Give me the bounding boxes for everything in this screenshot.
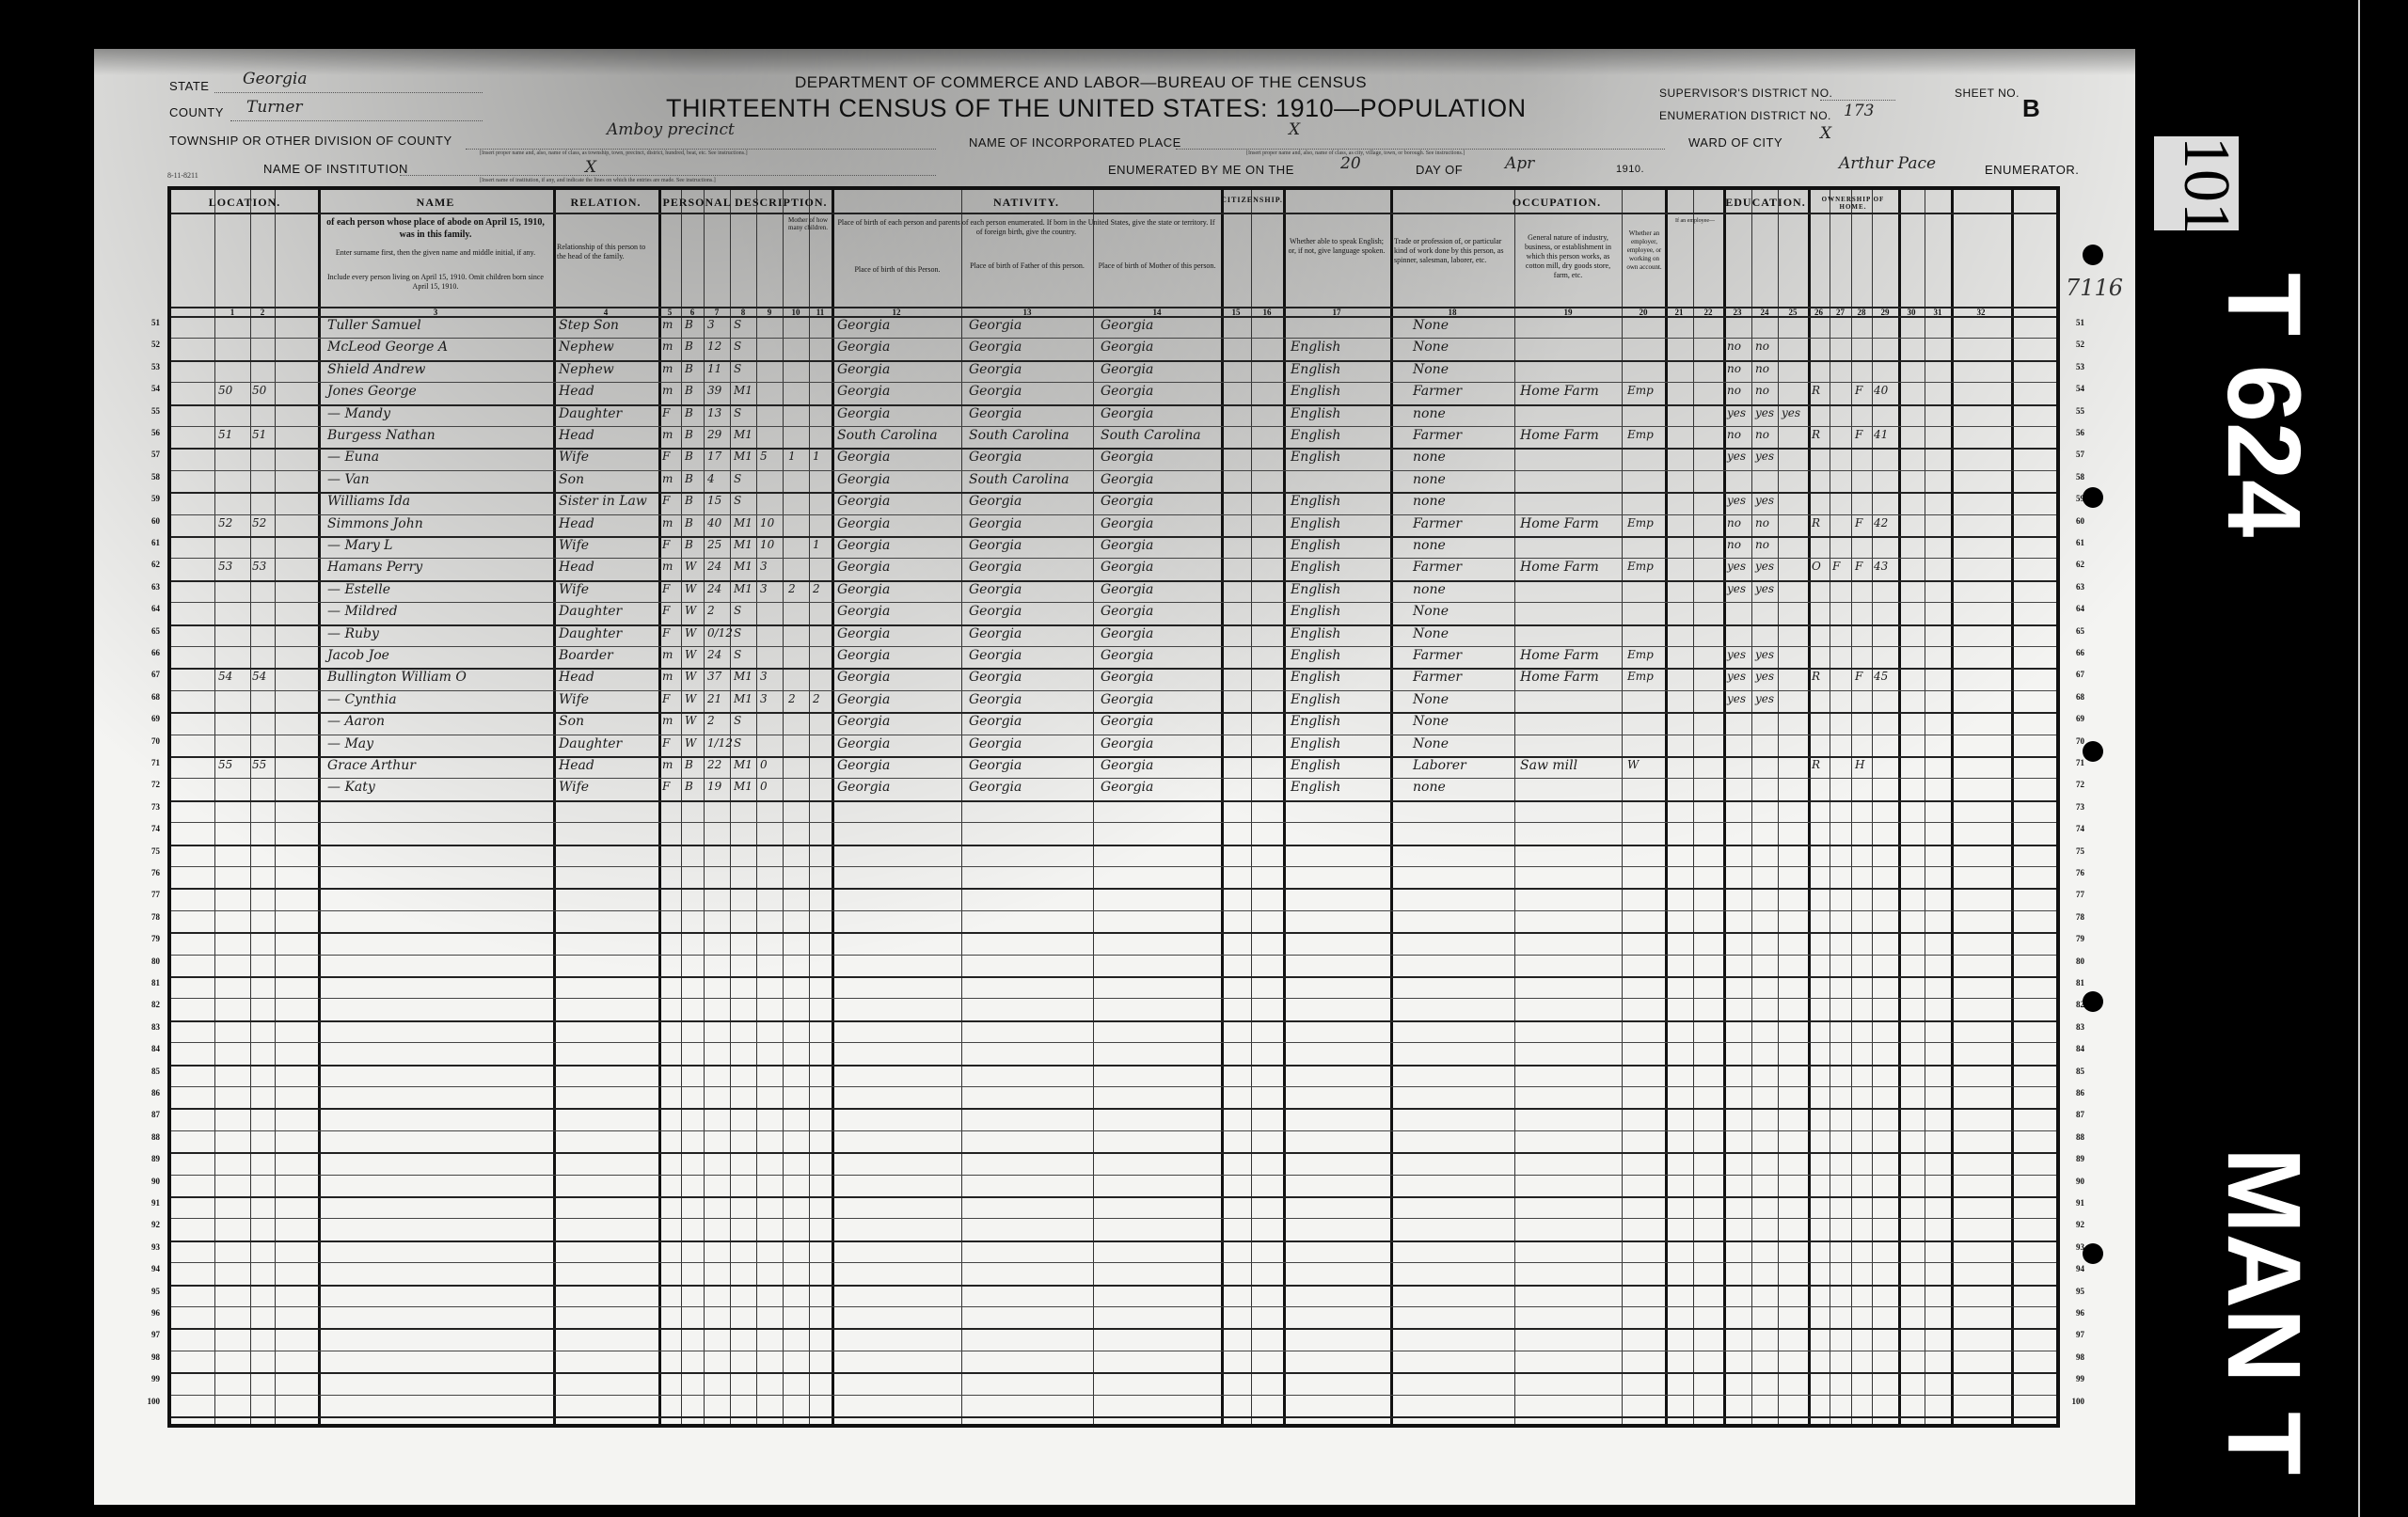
table-row: — VanSonmB4SGeorgiaSouth CarolinaGeorgia… [171,472,2056,494]
state-line [214,92,483,93]
table-row: — AaronSonmW2SGeorgiaGeorgiaGeorgiaEngli… [171,714,2056,735]
table-row: — MildredDaughterFW2SGeorgiaGeorgiaGeorg… [171,604,2056,625]
row-rule [171,1262,2056,1263]
line-number: 73 [2056,802,2084,812]
line-number: 71 [2056,758,2084,767]
line-number: 96 [132,1308,160,1318]
cell-name: — Cynthia [327,692,397,707]
cell-race: B [685,406,693,419]
cell-trade: None [1413,736,1449,751]
cell-mother-birth: South Carolina [1101,428,1201,443]
cell-schedule: 43 [1874,560,1888,573]
enumeration-value: 173 [1844,102,1874,120]
cell-age: 13 [707,406,721,419]
table-row: Tuller SamuelStep SonmB3SGeorgiaGeorgiaG… [171,318,2056,340]
group-education: EDUCATION. [1723,196,1808,210]
group-personal: PERSONAL DESCRIPTION. [658,196,832,210]
line-number: 53 [2056,362,2084,371]
cell-marital: S [734,494,741,507]
cell-name: — Katy [327,780,375,795]
state-label: State [169,79,209,93]
line-number: 93 [132,1242,160,1252]
cell-mother-birth: Georgia [1101,626,1153,641]
cell-sex: m [662,648,673,661]
enumeration-label: Enumeration District No. [1659,109,1831,122]
column-number: 11 [809,308,832,317]
line-number: 86 [2056,1088,2084,1098]
cell-birth: Georgia [837,406,890,421]
institution-note: [Insert name of institution, if any, and… [480,178,716,183]
institution-line [400,175,936,176]
cell-relation: Daughter [559,736,622,751]
cell-birth: Georgia [837,604,890,619]
cell-mother-birth: Georgia [1101,494,1153,509]
cell-name: McLeod George A [327,340,448,355]
film-label: T 624 [2204,273,2323,537]
cell-mother-birth: Georgia [1101,648,1153,663]
cell-read: no [1727,362,1741,375]
line-number: 88 [2056,1132,2084,1142]
cell-mother-birth: Georgia [1101,582,1153,597]
line-number: 67 [2056,670,2084,679]
cell-sex: F [662,604,670,617]
cell-sex: F [662,780,670,793]
cell-marital: S [734,604,741,617]
cell-marital: S [734,318,741,331]
column-number: 22 [1693,308,1723,317]
cell-born: 2 [788,582,796,595]
cell-yrs-married: 3 [760,560,768,573]
cell-write: yes [1755,648,1774,661]
row-rule [171,1372,2056,1374]
cell-sex: m [662,472,673,485]
column-number: 27 [1830,308,1851,317]
enumerated-day: 20 [1340,154,1361,173]
line-number: 82 [2056,1000,2084,1009]
line-number: 79 [2056,934,2084,943]
row-rule [171,1020,2056,1022]
cell-relation: Head [559,516,594,531]
cell-relation: Son [559,714,584,729]
cell-age: 2 [707,714,715,727]
cell-english: English [1291,758,1340,773]
cell-write: yes [1755,560,1774,573]
cell-age: 25 [707,538,721,551]
line-number: 65 [2056,626,2084,636]
cell-race: W [685,692,696,705]
line-number: 99 [132,1374,160,1383]
cell-read: yes [1727,670,1746,683]
cell-relation: Step Son [559,318,619,333]
cell-relation: Son [559,472,584,487]
punch-hole [2083,741,2103,762]
line-number: 51 [2056,318,2084,327]
cell-sex: m [662,714,673,727]
cell-english: English [1291,648,1340,663]
cell-trade: Farmer [1413,670,1462,685]
line-number: 77 [132,890,160,899]
cell-owned: R [1812,384,1820,397]
trade-header: Trade or profession of, or particular ki… [1394,237,1511,265]
line-number: 82 [132,1000,160,1009]
cell-write: no [1755,362,1769,375]
line-number: 54 [2056,384,2084,393]
industry-header: General nature of industry, business, or… [1518,233,1618,280]
cell-mother-birth: Georgia [1101,780,1153,795]
cell-marital: S [734,736,741,750]
line-number: 100 [2056,1397,2084,1406]
cell-employ: W [1627,758,1639,771]
line-number: 88 [132,1132,160,1142]
cell-mother-birth: Georgia [1101,384,1153,399]
cell-relation: Head [559,758,594,773]
column-number: 1 [214,308,250,317]
cell-marital: S [734,714,741,727]
line-number: 78 [2056,912,2084,922]
cell-birth: Georgia [837,450,890,465]
sheet-value: B [2022,94,2040,123]
line-number: 69 [2056,714,2084,723]
cell-race: B [685,516,693,529]
cell-english: English [1291,560,1340,575]
cell-sex: m [662,516,673,529]
column-number: 4 [553,308,658,317]
cell-race: B [685,538,693,551]
cell-read: yes [1727,406,1746,419]
cell-owned: R [1812,428,1820,441]
cell-father-birth: Georgia [969,736,1022,751]
cell-relation: Head [559,670,594,685]
line-number: 98 [2056,1352,2084,1362]
cell-age: 17 [707,450,721,463]
line-number: 87 [2056,1110,2084,1119]
cell-name: Bullington William O [327,670,467,685]
cell-family: 53 [252,560,266,573]
line-number: 75 [2056,846,2084,856]
table-row: — MandyDaughterFB13SGeorgiaGeorgiaGeorgi… [171,406,2056,428]
cell-marital: S [734,648,741,661]
line-number: 58 [132,472,160,482]
incorporated-line [1176,149,1665,150]
cell-industry: Home Farm [1520,384,1599,399]
cell-marital: M1 [734,582,752,595]
cell-relation: Daughter [559,406,622,421]
group-name: NAME [318,196,553,210]
line-number: 98 [132,1352,160,1362]
column-number: 9 [756,308,783,317]
line-number: 51 [132,318,160,327]
cell-mother-birth: Georgia [1101,472,1153,487]
cell-schedule: 42 [1874,516,1888,529]
row-rule [171,1196,2056,1198]
cell-marital: M1 [734,538,752,551]
cell-employ: Emp [1627,560,1654,573]
cell-trade: None [1413,318,1449,333]
cell-read: no [1727,384,1741,397]
cell-race: W [685,626,696,640]
cell-father-birth: Georgia [969,318,1022,333]
row-rule [171,1395,2056,1396]
cell-industry: Home Farm [1520,670,1599,685]
birth-mother-header: Place of birth of Mother of this person. [1097,261,1217,271]
cell-marital: M1 [734,758,752,771]
cell-trade: none [1413,472,1446,487]
cell-age: 12 [707,340,721,353]
institution-value: X [585,158,596,177]
cell-age: 40 [707,516,721,529]
line-number: 68 [2056,692,2084,702]
line-number: 84 [132,1044,160,1053]
cell-relation: Daughter [559,626,622,641]
column-number: 12 [832,308,961,317]
line-number: 70 [2056,736,2084,746]
line-number: 68 [132,692,160,702]
cell-mother-birth: Georgia [1101,604,1153,619]
cell-sex: F [662,582,670,595]
line-number: 83 [132,1022,160,1032]
line-number: 81 [132,978,160,988]
cell-age: 4 [707,472,715,485]
line-number: 60 [132,516,160,526]
cell-write: no [1755,340,1769,353]
cell-read: yes [1727,582,1746,595]
cell-name: — Estelle [327,582,390,597]
line-number: 52 [2056,340,2084,349]
line-number: 84 [2056,1044,2084,1053]
cell-name: Hamans Perry [327,560,422,575]
cell-living: 2 [813,692,820,705]
table-row: 5151Burgess NathanHeadmB29M1South Caroli… [171,428,2056,450]
cell-birth: Georgia [837,670,890,685]
column-number: 29 [1872,308,1898,317]
cell-age: 24 [707,560,721,573]
row-rule [171,1086,2056,1087]
line-number: 69 [132,714,160,723]
township-line [466,149,936,150]
cell-name: — Ruby [327,626,379,641]
cell-relation: Nephew [559,340,614,355]
cell-birth: Georgia [837,780,890,795]
line-number: 92 [132,1220,160,1229]
cell-name: — Euna [327,450,379,465]
cell-dwelling: 55 [218,758,232,771]
line-number: 85 [2056,1067,2084,1076]
cell-age: 29 [707,428,721,441]
line-number: 78 [132,912,160,922]
cell-trade: None [1413,626,1449,641]
cell-marital: M1 [734,428,752,441]
nativity-desc: Place of birth of each person and parent… [835,218,1217,237]
cell-name: Grace Arthur [327,758,416,773]
cell-english: English [1291,538,1340,553]
cell-english: English [1291,516,1340,531]
line-number: 93 [2056,1242,2084,1252]
cell-father-birth: Georgia [969,670,1022,685]
group-relation: RELATION. [553,196,658,210]
line-number: 55 [2056,406,2084,416]
enumerator-name: Arthur Pace [1839,154,1936,173]
cell-birth: Georgia [837,692,890,707]
cell-employ: Emp [1627,516,1654,529]
row-rule [171,976,2056,978]
group-location: LOCATION. [171,196,318,210]
table-row: Jacob JoeBoardermW24SGeorgiaGeorgiaGeorg… [171,648,2056,670]
column-number: 23 [1723,308,1751,317]
cell-read: yes [1727,692,1746,705]
cell-trade: none [1413,450,1446,465]
punch-hole [2083,1243,2103,1264]
cell-english: English [1291,406,1340,421]
cell-age: 21 [707,692,721,705]
enumerator-label: Enumerator. [1985,163,2079,177]
line-number: 58 [2056,472,2084,482]
cell-race: B [685,450,693,463]
cell-industry: Home Farm [1520,648,1599,663]
cell-write: yes [1755,450,1774,463]
cell-age: 15 [707,494,721,507]
cell-dwelling: 51 [218,428,232,441]
cell-owned: R [1812,758,1820,771]
birth-person-header: Place of birth of this Person. [835,265,959,275]
cell-marital: S [734,406,741,419]
cell-family: 51 [252,428,266,441]
table-row: — EunaWifeFB17M1511GeorgiaGeorgiaGeorgia… [171,450,2056,471]
cell-father-birth: Georgia [969,340,1022,355]
cell-age: 22 [707,758,721,771]
line-number: 77 [2056,890,2084,899]
cell-industry: Saw mill [1520,758,1577,773]
column-number: 19 [1514,308,1622,317]
cell-trade: none [1413,406,1446,421]
table-row: — EstelleWifeFW24M1322GeorgiaGeorgiaGeor… [171,582,2056,604]
cell-employ: Emp [1627,428,1654,441]
cell-trade: Farmer [1413,384,1462,399]
cell-relation: Head [559,560,594,575]
table-row: 5555Grace ArthurHeadmB22M10GeorgiaGeorgi… [171,758,2056,780]
cell-sex: F [662,494,670,507]
cell-english: English [1291,384,1340,399]
column-number: 3 [318,308,553,317]
cell-father-birth: Georgia [969,450,1022,465]
cell-schedule: 41 [1874,428,1888,441]
cell-relation: Wife [559,582,589,597]
cell-relation: Sister in Law [559,494,647,509]
supervisor-label: Supervisor's District No. [1659,87,1832,100]
line-number: 74 [2056,824,2084,833]
relation-desc: Relationship of this person to the head … [557,243,655,261]
cell-birth: Georgia [837,472,890,487]
cell-race: W [685,736,696,750]
line-number: 75 [132,846,160,856]
cell-sex: m [662,428,673,441]
group-nativity: NATIVITY. [832,196,1221,210]
cell-sex: m [662,758,673,771]
punch-hole [2083,487,2103,508]
column-number: 13 [961,308,1093,317]
line-number: 94 [132,1264,160,1273]
cell-write: yes [1755,670,1774,683]
cell-english: English [1291,780,1340,795]
column-number: 31 [1925,308,1951,317]
row-rule [171,998,2056,999]
cell-english: English [1291,494,1340,509]
cell-birth: Georgia [837,560,890,575]
line-number: 62 [132,560,160,569]
cell-race: B [685,362,693,375]
cell-write: no [1755,516,1769,529]
cell-father-birth: Georgia [969,648,1022,663]
county-value: Turner [246,98,303,117]
table-row: 5050Jones GeorgeHeadmB39M1GeorgiaGeorgia… [171,384,2056,405]
cell-trade: None [1413,340,1449,355]
column-number: 25 [1778,308,1808,317]
cell-read: yes [1727,494,1746,507]
cell-family: 54 [252,670,266,683]
cell-sex: m [662,384,673,397]
cell-relation: Nephew [559,362,614,377]
line-number: 54 [132,384,160,393]
scan-edge [2358,0,2360,1517]
cell-owned: R [1812,670,1820,683]
column-number: 28 [1851,308,1872,317]
cell-born: 2 [788,692,796,705]
column-number: 10 [783,308,809,317]
cell-schedule: 40 [1874,384,1888,397]
cell-father-birth: Georgia [969,758,1022,773]
cell-read: no [1727,516,1741,529]
line-number: 76 [2056,868,2084,877]
column-number: 20 [1622,308,1665,317]
cell-birth: Georgia [837,384,890,399]
table-row: McLeod George ANephewmB12SGeorgiaGeorgia… [171,340,2056,361]
incorporated-label: Name of incorporated place [969,135,1181,150]
cell-mother-birth: Georgia [1101,516,1153,531]
cell-father-birth: Georgia [969,582,1022,597]
group-occupation: OCCUPATION. [1390,196,1723,210]
line-number: 100 [132,1397,160,1406]
cell-trade: Farmer [1413,428,1462,443]
cell-born: 1 [788,450,796,463]
cell-yrs-married: 0 [760,758,768,771]
cell-family: 50 [252,384,266,397]
line-number: 52 [132,340,160,349]
line-number: 92 [2056,1220,2084,1229]
row-rule [171,1351,2056,1351]
cell-english: English [1291,582,1340,597]
cell-father-birth: Georgia [969,406,1022,421]
cell-race: B [685,780,693,793]
row-rule [171,1130,2056,1131]
cell-mother-birth: Georgia [1101,736,1153,751]
enumerated-label: Enumerated by me on the [1108,163,1294,177]
cell-industry: Home Farm [1520,428,1599,443]
cell-trade: Farmer [1413,516,1462,531]
cell-name: Burgess Nathan [327,428,436,443]
employee-header: If an employee— [1667,216,1723,226]
cell-name: Tuller Samuel [327,318,421,333]
county-line [230,120,483,121]
line-number: 86 [132,1088,160,1098]
cell-farm: F [1855,428,1862,441]
column-number: 32 [1951,308,2011,317]
cell-marital: S [734,340,741,353]
supervisor-line [1820,100,1895,101]
line-number: 72 [2056,780,2084,789]
cell-birth: Georgia [837,648,890,663]
cell-schedule: 45 [1874,670,1888,683]
township-label: Township or other division of county [169,134,452,148]
line-number: 80 [132,956,160,966]
